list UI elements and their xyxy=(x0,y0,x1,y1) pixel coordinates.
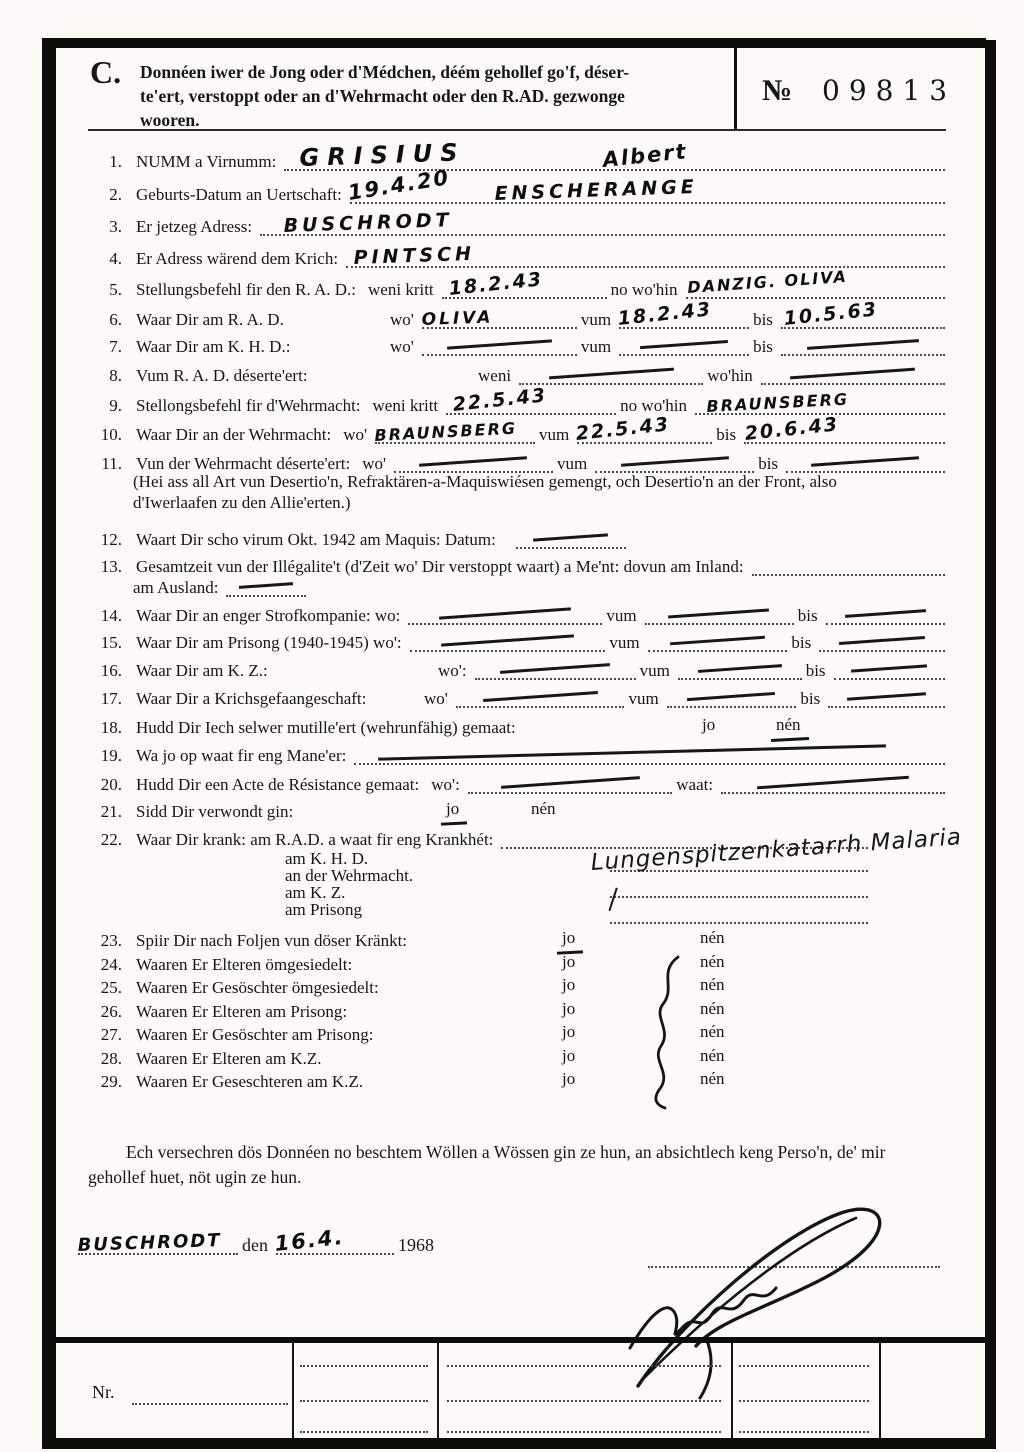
hand-brace-mark xyxy=(646,954,688,1110)
handwritten-slash-mark xyxy=(608,888,621,913)
nen-option-underlined: nén xyxy=(776,715,801,735)
row-label: Waar Dir an enger Strofkompanie: wo: xyxy=(136,606,400,626)
nen-option: nén xyxy=(700,1022,725,1042)
row-22-sub-prisong: am Prisong xyxy=(285,900,362,920)
field-label: vum xyxy=(539,425,569,445)
table-divider xyxy=(731,1343,733,1438)
handwritten-place: BRAUNSBERG xyxy=(374,419,517,445)
field-label: bis xyxy=(791,633,811,653)
form-row-2: 2. Geburts-Datum an Uertschaft: 19.4.20 … xyxy=(88,177,945,205)
handwritten-address: BUSCHRODT xyxy=(283,209,453,237)
row-label: Hudd Dir een Acte de Résistance gemaat: xyxy=(136,775,419,795)
nen-option: nén xyxy=(700,999,725,1019)
dotted-line-dashed xyxy=(819,628,945,652)
signature-scrawl xyxy=(612,1190,912,1402)
page-border-right xyxy=(985,40,996,1449)
dotted-line-dashed xyxy=(422,332,577,356)
dotted-line xyxy=(132,1403,288,1405)
dotted-line-dashed xyxy=(667,684,797,708)
dotted-line-dashed xyxy=(226,573,306,597)
handwritten-date: 20.6.43 xyxy=(744,413,840,445)
form-row-1: 1. NUMM a Virnumm: GRISIUS Albert xyxy=(88,144,945,172)
row-number: 4. xyxy=(88,249,122,269)
field-label: vum xyxy=(640,661,670,681)
form-row-3: 3. Er jetzeg Adress: BUSCHRODT xyxy=(88,209,945,237)
row-label: Vun der Wehrmacht déserte'ert: xyxy=(136,454,350,474)
dotted-line: GRISIUS Albert xyxy=(284,147,945,171)
dotted-line: BUSCHRODT xyxy=(260,212,945,236)
nen-option: nén xyxy=(700,975,725,995)
row-label: Waaren Er Geseschteren am K.Z. xyxy=(136,1072,363,1092)
jo-option: jo xyxy=(562,999,575,1019)
row-number: 8. xyxy=(88,366,122,386)
field-label: vum xyxy=(628,689,658,709)
field-label: wo' xyxy=(343,425,367,445)
row-number: 29. xyxy=(88,1072,122,1092)
dotted-line-dashed xyxy=(595,449,754,473)
dotted-line-dashed xyxy=(475,656,636,680)
form-row-11: 11. Vun der Wehrmacht déserte'ert: wo' v… xyxy=(88,446,945,474)
row-number: 20. xyxy=(88,775,122,795)
row-number: 14. xyxy=(88,606,122,626)
form-row-29: 29. Waaren Er Geseschteren am K.Z. jo né… xyxy=(88,1064,945,1092)
header-divider-line xyxy=(734,48,737,130)
jo-option: jo xyxy=(562,1069,575,1089)
handwritten-date: 10.5.63 xyxy=(783,298,879,330)
table-divider xyxy=(879,1343,881,1438)
dotted-line xyxy=(447,1365,721,1367)
dotted-line-dashed xyxy=(354,741,945,765)
dotted-line-dashed xyxy=(645,601,794,625)
row-label: am Ausland: xyxy=(133,578,218,598)
row-number: 18. xyxy=(88,718,122,738)
dotted-line: 18.2.43 xyxy=(442,275,607,299)
form-row-5: 5. Stellungsbefehl fir den R. A. D.: wen… xyxy=(88,272,945,300)
form-title-line2: te'ert, verstoppt oder an d'Wehrmacht od… xyxy=(140,84,725,108)
section-letter: C. xyxy=(90,54,121,91)
form-title-line1: Donnéen iwer de Jong oder d'Médchen, déé… xyxy=(140,60,725,84)
form-row-20: 20. Hudd Dir een Acte de Résistance gema… xyxy=(88,767,945,795)
dotted-line: 20.6.43 xyxy=(744,420,945,444)
den-label: den xyxy=(242,1235,268,1256)
dotted-line xyxy=(300,1365,428,1367)
dotted-line: 22.5.43 xyxy=(577,420,712,444)
handwritten-war-address: PINTSCH xyxy=(353,243,475,269)
row-number: 3. xyxy=(88,217,122,237)
scanned-form-page: C. Donnéen iwer de Jong oder d'Médchen, … xyxy=(0,0,1024,1452)
form-row-7: 7. Waar Dir am K. H. D.: wo' vum bis xyxy=(88,329,945,357)
form-row-4: 4. Er Adress wärend dem Krich: PINTSCH xyxy=(88,241,945,269)
nen-option: nén xyxy=(700,1046,725,1066)
row-number: 10. xyxy=(88,425,122,445)
dotted-line xyxy=(300,1431,428,1433)
dotted-line-dashed xyxy=(394,449,553,473)
handwritten-place: OLIVA xyxy=(421,308,493,330)
field-label: vum xyxy=(581,310,611,330)
row-label: Waar Dir krank: am R.A.D. a waat fir eng… xyxy=(136,830,493,850)
row-number: 22. xyxy=(88,830,122,850)
dotted-line-dashed xyxy=(834,656,945,680)
form-row-14: 14. Waar Dir an enger Strofkompanie: wo:… xyxy=(88,598,945,626)
declaration-text: Ech versechren dös Donnéen no beschtem W… xyxy=(88,1140,896,1190)
field-label: wo' xyxy=(390,310,414,330)
field-label: vum xyxy=(581,337,611,357)
dotted-line-dashed xyxy=(410,628,606,652)
form-row-10: 10. Waar Dir an der Wehrmacht: wo' BRAUN… xyxy=(88,417,945,445)
field-label: bis xyxy=(716,425,736,445)
dotted-line-dashed xyxy=(678,656,802,680)
field-label: bis xyxy=(800,689,820,709)
dotted-line: 22.5.43 xyxy=(446,391,616,415)
nen-option: nén xyxy=(531,799,556,819)
nr-label: Nr. xyxy=(92,1382,115,1403)
numero-sign: № xyxy=(762,74,792,108)
jo-option: jo xyxy=(702,715,715,735)
field-label: bis xyxy=(798,606,818,626)
row-label: Sidd Dir verwondt gin: xyxy=(136,802,293,822)
row-label: Waar Dir am K. Z.: xyxy=(136,661,426,681)
row-label: Waar Dir am Prisong (1940-1945) wo': xyxy=(136,633,402,653)
row-label: Waar Dir am R. A. D. xyxy=(136,310,378,330)
form-row-9: 9. Stellongsbefehl fir d'Wehrmacht: weni… xyxy=(88,388,945,416)
row-label: Hudd Dir Iech selwer mutille'ert (wehrun… xyxy=(136,718,516,738)
row-label: Vum R. A. D. déserte'ert: xyxy=(136,366,466,386)
form-row-15: 15. Waar Dir am Prisong (1940-1945) wo':… xyxy=(88,625,945,653)
page-border-bottom xyxy=(42,1438,996,1449)
dotted-line: BUSCHRODT xyxy=(78,1231,238,1255)
handwritten-place: DANZIG. OLIVA xyxy=(686,267,848,297)
table-divider xyxy=(437,1343,439,1438)
dotted-line-dashed xyxy=(648,628,788,652)
dotted-line xyxy=(300,1400,428,1402)
dotted-line: BRAUNSBERG xyxy=(375,420,535,444)
dotted-line: 18.2.43 xyxy=(619,305,749,329)
field-label: no wo'hin xyxy=(620,396,687,416)
row-label: Er Adress wärend dem Krich: xyxy=(136,249,338,269)
jo-option-underlined: jo xyxy=(562,928,575,948)
handwritten-date: 16.4. xyxy=(273,1225,345,1256)
field-label: wo' xyxy=(390,337,414,357)
dotted-line xyxy=(447,1400,721,1402)
row-number: 5. xyxy=(88,280,122,300)
page-border-top xyxy=(42,38,986,48)
form-row-6: 6. Waar Dir am R. A. D. wo' OLIVA vum 18… xyxy=(88,302,945,330)
form-row-17: 17. Waar Dir a Krichsgefaangeschaft: wo'… xyxy=(88,681,945,709)
field-label: wo': xyxy=(438,661,467,681)
row-number: 7. xyxy=(88,337,122,357)
handwritten-place: BRAUNSBERG xyxy=(706,390,849,416)
page-border-left xyxy=(42,38,56,1449)
dotted-line-dashed xyxy=(786,449,945,473)
date-line: BUSCHRODT den 16.4. 1968 xyxy=(78,1222,524,1256)
field-label: bis xyxy=(753,310,773,330)
table-top-rule xyxy=(55,1337,985,1343)
row-11-note: (Hei ass all Art vun Desertio'n, Refrakt… xyxy=(133,472,873,513)
row-number: 6. xyxy=(88,310,122,330)
dotted-line-dashed xyxy=(456,684,625,708)
dotted-line: 19.4.20 ENSCHERANGE xyxy=(350,180,945,204)
row-label: NUMM a Virnumm: xyxy=(136,152,276,172)
row-label: Stellungsbefehl fir den R. A. D.: xyxy=(136,280,356,300)
form-row-16: 16. Waar Dir am K. Z.: wo': vum bis xyxy=(88,653,945,681)
handwritten-firstname: Albert xyxy=(602,139,689,172)
handwritten-date: 18.2.43 xyxy=(447,268,543,300)
dotted-line-dashed xyxy=(721,770,945,794)
table-divider xyxy=(292,1343,294,1438)
field-label: bis xyxy=(753,337,773,357)
row-label: Waart Dir scho virum Okt. 1942 am Maquis… xyxy=(136,530,496,550)
form-row-21: 21. Sidd Dir verwondt gin: jo nén xyxy=(88,794,945,822)
dotted-line-dashed xyxy=(408,601,602,625)
row-label: Waar Dir am K. H. D.: xyxy=(136,337,378,357)
form-row-8: 8. Vum R. A. D. déserte'ert: weni wo'hin xyxy=(88,358,945,386)
dotted-line-dashed xyxy=(781,332,945,356)
form-title: Donnéen iwer de Jong oder d'Médchen, déé… xyxy=(140,60,725,132)
handwritten-date: 22.5.43 xyxy=(575,413,671,445)
nen-option: nén xyxy=(700,952,725,972)
field-label: bis xyxy=(806,661,826,681)
field-label: wo'hin xyxy=(707,366,753,386)
jo-option: jo xyxy=(562,1046,575,1066)
row-number: 11. xyxy=(88,454,122,474)
field-label: bis xyxy=(758,454,778,474)
dotted-line xyxy=(739,1431,869,1433)
dotted-line-dashed xyxy=(826,601,945,625)
field-label: wo' xyxy=(424,689,448,709)
dotted-line xyxy=(447,1431,721,1433)
dotted-line-dashed xyxy=(468,770,672,794)
row-number: 9. xyxy=(88,396,122,416)
row-number: 15. xyxy=(88,633,122,653)
form-row-12: 12. Waart Dir scho virum Okt. 1942 am Ma… xyxy=(88,522,945,550)
dotted-line: BRAUNSBERG xyxy=(695,391,945,415)
field-label: vum xyxy=(557,454,587,474)
handwritten-date: 18.2.43 xyxy=(617,298,713,330)
form-row-13b: am Ausland: xyxy=(133,570,945,598)
jo-option: jo xyxy=(562,975,575,995)
dotted-line-dashed xyxy=(516,525,626,549)
dotted-line: OLIVA xyxy=(422,305,577,329)
nen-option: nén xyxy=(700,928,725,948)
dotted-line xyxy=(739,1365,869,1367)
row-label: Wa jo op waat fir eng Mane'er: xyxy=(136,746,346,766)
field-label: wo': xyxy=(431,775,460,795)
dotted-line-dashed xyxy=(828,684,945,708)
row-number: 21. xyxy=(88,802,122,822)
header-rule xyxy=(88,129,946,131)
dotted-line: PINTSCH xyxy=(346,244,945,268)
field-label: wo' xyxy=(362,454,386,474)
form-row-19: 19. Wa jo op waat fir eng Mane'er: xyxy=(88,738,945,766)
dotted-line: 16.4. xyxy=(276,1231,394,1255)
field-label: no wo'hin xyxy=(611,280,678,300)
row-label: Er jetzeg Adress: xyxy=(136,217,252,237)
dotted-line: DANZIG. OLIVA xyxy=(686,275,946,299)
form-serial-number: 09813 xyxy=(822,74,956,107)
nen-option: nén xyxy=(700,1069,725,1089)
row-number: 16. xyxy=(88,661,122,681)
jo-option: jo xyxy=(562,952,575,972)
row-label: Stellongsbefehl fir d'Wehrmacht: xyxy=(136,396,361,416)
row-number: 2. xyxy=(88,185,122,205)
field-label: waat: xyxy=(676,775,713,795)
row-label: Geburts-Datum an Uertschaft: xyxy=(136,185,342,205)
row-label: Waar Dir an der Wehrmacht: xyxy=(136,425,331,445)
handwritten-place: BUSCHRODT xyxy=(77,1230,222,1256)
row-number: 19. xyxy=(88,746,122,766)
row-number: 12. xyxy=(88,530,122,550)
dotted-line xyxy=(739,1400,869,1402)
field-label: vum xyxy=(606,606,636,626)
dotted-line-dashed xyxy=(761,361,945,385)
row-number: 13. xyxy=(88,557,122,577)
row-label: Waar Dir a Krichsgefaangeschaft: xyxy=(136,689,412,709)
row-number: 17. xyxy=(88,689,122,709)
year-label: 1968 xyxy=(398,1235,434,1256)
row-number: 1. xyxy=(88,152,122,172)
field-label: weni kritt xyxy=(368,280,434,300)
form-row-18: 18. Hudd Dir Iech selwer mutille'ert (we… xyxy=(88,710,945,738)
dotted-line: 10.5.63 xyxy=(781,305,945,329)
handwritten-birthplace: ENSCHERANGE xyxy=(494,176,698,205)
field-label: weni kritt xyxy=(373,396,439,416)
field-label: weni xyxy=(478,366,511,386)
field-label: vum xyxy=(609,633,639,653)
jo-option-underlined: jo xyxy=(446,799,459,819)
handwritten-date: 22.5.43 xyxy=(452,384,548,416)
dotted-line xyxy=(610,896,868,898)
dotted-line-dashed xyxy=(519,361,703,385)
jo-option: jo xyxy=(562,1022,575,1042)
dotted-line-dashed xyxy=(619,332,749,356)
